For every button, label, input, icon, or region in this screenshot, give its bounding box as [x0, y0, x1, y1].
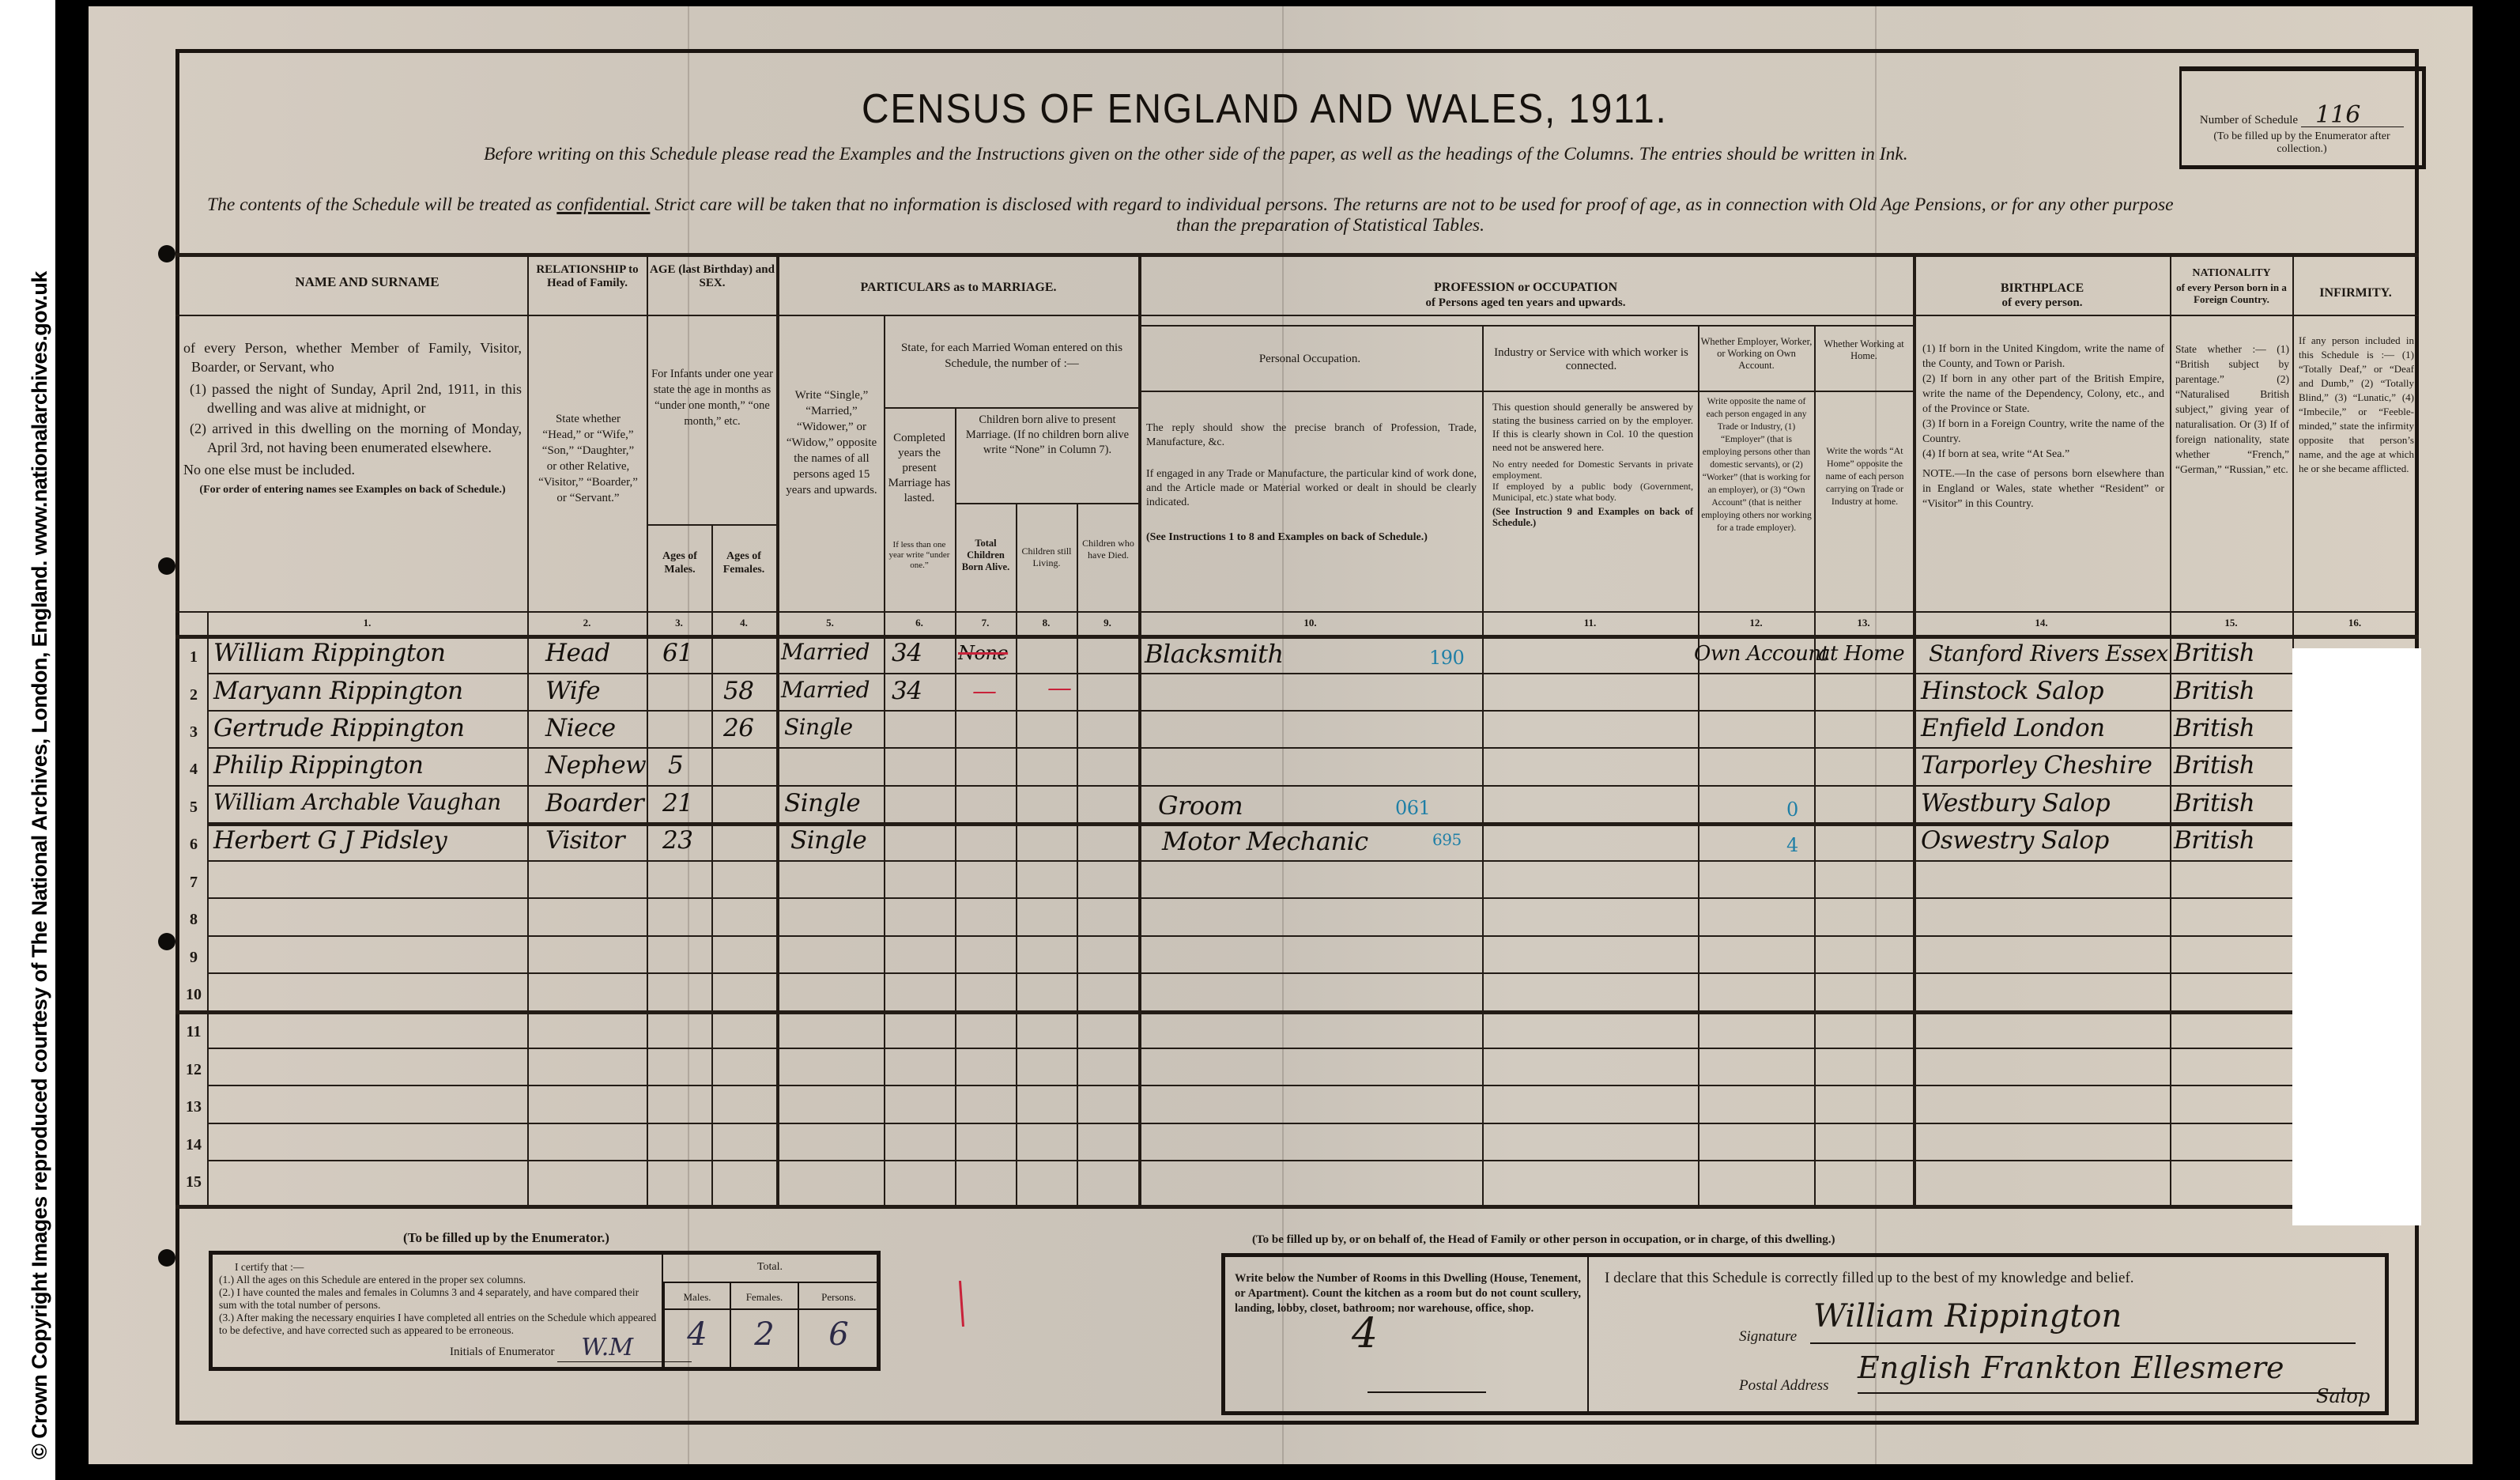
col-at-home-desc: Write the words “At Home” opposite the n… — [1818, 444, 1911, 508]
children-desc: Children born alive to present Marriage.… — [958, 413, 1137, 458]
cell-employer[interactable]: Own Account — [1694, 642, 1829, 666]
cell-employer[interactable]: 0 — [1786, 799, 1798, 821]
row-number: 3 — [182, 723, 206, 742]
married-woman-desc: State, for each Married Woman entered on… — [887, 340, 1137, 372]
signature-label: Signature — [1739, 1328, 1797, 1346]
cell-children-living[interactable]: — — [1047, 674, 1072, 702]
cell-occupation[interactable]: Groom — [1158, 791, 1243, 821]
col-occupation-subtitle: of Persons aged ten years and upwards. — [1138, 296, 1913, 310]
col-nationality-title: NATIONALITY — [2172, 267, 2291, 280]
col-children-living: Children still Living. — [1018, 546, 1075, 569]
col-birthplace-subtitle: of every person. — [1915, 296, 2170, 310]
col-personal-occupation-desc: The reply should show the precise branch… — [1146, 421, 1477, 545]
cell-birthplace[interactable]: Enfield London — [1921, 714, 2105, 742]
cell-birthplace[interactable]: Oswestry Salop — [1921, 826, 2109, 855]
cell-relationship[interactable]: Wife — [545, 677, 600, 705]
cell-age-male[interactable]: 23 — [662, 826, 692, 855]
schedule-number-note: (To be filled up by the Enumerator after… — [2182, 130, 2422, 156]
totals-males-value[interactable]: 4 — [665, 1310, 730, 1353]
col-birthplace-desc: (1) If born in the United Kingdom, write… — [1922, 342, 2164, 512]
totals-males: Males. 4 — [663, 1283, 730, 1367]
col-number: 14. — [1913, 617, 2170, 629]
col-number: 8. — [1016, 617, 1077, 629]
page-title: CENSUS OF ENGLAND AND WALES, 1911. — [862, 85, 1668, 133]
enumerator-box: I certify that :— (1.) All the ages on t… — [209, 1251, 881, 1371]
row-number: 5 — [182, 799, 206, 817]
cell-name[interactable]: William Archable Vaughan — [213, 789, 501, 815]
cell-nationality[interactable]: British — [2174, 677, 2254, 705]
cell-years-married[interactable]: 34 — [892, 677, 922, 705]
cell-name[interactable]: Philip Rippington — [213, 751, 424, 780]
col-nationality-subtitle: of every Person born in a Foreign Countr… — [2172, 281, 2291, 305]
col-occupation-title: PROFESSION or OCCUPATION — [1138, 281, 1913, 294]
cell-occupation-code: 061 — [1395, 797, 1430, 819]
col-number: 13. — [1814, 617, 1913, 629]
schedule-number-label: Number of Schedule — [2200, 114, 2298, 127]
cell-nationality[interactable]: British — [2174, 751, 2254, 780]
cell-name[interactable]: Gertrude Rippington — [213, 714, 464, 742]
cell-occupation[interactable]: Blacksmith — [1145, 639, 1284, 669]
schedule-number-value[interactable]: 116 — [2301, 104, 2404, 127]
enumerator-heading: (To be filled up by the Enumerator.) — [403, 1230, 609, 1246]
col-at-home-title: Whether Working at Home. — [1816, 338, 1911, 362]
col-number: 15. — [2170, 617, 2292, 629]
col-age-females: Ages of Females. — [713, 549, 775, 576]
cell-marital[interactable]: Married — [781, 639, 870, 665]
col-name-title: NAME AND SURNAME — [207, 275, 527, 289]
totals-persons-value[interactable]: 6 — [799, 1310, 878, 1353]
cell-relationship[interactable]: Boarder — [545, 789, 643, 817]
totals-table: Total. Males. 4 Females. 2 Persons. 6 — [662, 1255, 877, 1367]
row-number: 10 — [182, 986, 206, 1004]
copyright-strip: © Crown Copyright Images reproduced cour… — [0, 0, 55, 1480]
cell-age-male[interactable]: 5 — [668, 751, 683, 780]
col-age-males: Ages of Males. — [648, 549, 711, 576]
col-relationship-title: RELATIONSHIP to Head of Family. — [530, 263, 645, 290]
col-years-married-desc: Completed years the present Marriage has… — [885, 431, 953, 506]
cell-relationship[interactable]: Niece — [545, 714, 616, 742]
col-industry-title: Industry or Service with which worker is… — [1486, 346, 1696, 373]
cell-age-female[interactable]: 26 — [723, 714, 753, 742]
col-employer-title: Whether Employer, Worker, or Working on … — [1699, 336, 1813, 372]
head-section-heading: (To be filled up by, or on behalf of, th… — [1252, 1233, 1835, 1247]
totals-persons: Persons. 6 — [798, 1283, 878, 1367]
col-marriage-title: PARTICULARS as to MARRIAGE. — [779, 281, 1138, 294]
enumerator-certification: I certify that :— (1.) All the ages on t… — [219, 1261, 658, 1337]
punch-hole — [158, 557, 175, 575]
row-number: 1 — [182, 648, 206, 666]
cell-marital[interactable]: Married — [781, 677, 870, 703]
cell-name[interactable]: William Rippington — [213, 639, 445, 667]
col-children-died: Children who have Died. — [1079, 538, 1137, 561]
cell-years-married[interactable]: 34 — [892, 639, 922, 667]
col-infirmity-desc: If any person included in this Schedule … — [2299, 334, 2414, 476]
postal-address-line2[interactable]: Salop — [2316, 1385, 2370, 1407]
cell-children-total[interactable]: None — [958, 642, 1008, 664]
row-number: 11 — [182, 1023, 206, 1041]
enumerator-initials: Initials of Enumerator W.M — [450, 1334, 692, 1362]
cell-occupation[interactable]: Motor Mechanic — [1162, 826, 1368, 856]
row-number: 7 — [182, 874, 206, 892]
col-personal-occupation-title: Personal Occupation. — [1140, 353, 1480, 366]
cell-marital[interactable]: Single — [784, 714, 853, 740]
row-number: 15 — [182, 1173, 206, 1191]
schedule-number-box: Number of Schedule 116 (To be filled up … — [2179, 66, 2426, 169]
cell-occupation-code: 695 — [1432, 830, 1462, 849]
cell-name[interactable]: Maryann Rippington — [213, 677, 463, 705]
row-number: 8 — [182, 911, 206, 929]
redacted-patch — [2292, 648, 2421, 1225]
col-number: 11. — [1482, 617, 1698, 629]
col-industry-desc: This question should generally be answer… — [1492, 400, 1693, 528]
totals-heading: Total. — [663, 1255, 877, 1283]
row-number: 4 — [182, 761, 206, 779]
col-number: 16. — [2292, 617, 2417, 629]
confidential-line: The contents of the Schedule will be tre… — [207, 194, 2174, 216]
punch-hole — [158, 933, 175, 950]
copyright-text: © Crown Copyright Images reproduced cour… — [28, 271, 52, 1459]
col-age-title: AGE (last Birthday) and SEX. — [650, 263, 775, 290]
rooms-instruction: Write below the Number of Rooms in this … — [1235, 1271, 1581, 1316]
col-number: 2. — [527, 617, 647, 629]
col-number: 7. — [955, 617, 1016, 629]
col-number: 5. — [776, 617, 884, 629]
instruction-line: Before writing on this Schedule please r… — [484, 144, 1908, 165]
postal-address-field[interactable]: English Frankton Ellesmere — [1858, 1350, 2363, 1394]
row-number: 14 — [182, 1136, 206, 1154]
col-relationship-desc: State whether “Head,” or “Wife,” “Son,” … — [536, 411, 640, 506]
col-number: 4. — [711, 617, 776, 629]
col-children-total: Total Children Born Alive. — [956, 538, 1015, 573]
cell-birthplace[interactable]: Hinstock Salop — [1921, 677, 2103, 705]
rooms-underline — [1368, 1391, 1486, 1393]
rooms-value[interactable]: 4 — [1352, 1327, 1378, 1342]
cell-relationship[interactable]: Visitor — [545, 826, 624, 855]
col-number: 12. — [1698, 617, 1814, 629]
cell-nationality[interactable]: British — [2174, 789, 2254, 817]
col-age-desc: For Infants under one year state the age… — [650, 366, 775, 429]
row-number: 2 — [182, 686, 206, 704]
cell-at-home[interactable]: at Home — [1818, 642, 1904, 666]
row-number: 13 — [182, 1098, 206, 1116]
col-nationality-desc: State whether :— (1) “British subject by… — [2175, 342, 2289, 477]
cell-birthplace[interactable]: Tarporley Cheshire — [1921, 751, 2152, 780]
row-number: 12 — [182, 1061, 206, 1079]
col-name-desc: of every Person, whether Member of Famil… — [183, 338, 522, 496]
declaration-text: I declare that this Schedule is correctl… — [1605, 1270, 2134, 1287]
cell-marital[interactable]: Single — [790, 826, 866, 855]
cell-nationality[interactable]: British — [2174, 714, 2254, 742]
totals-females-value[interactable]: 2 — [731, 1310, 798, 1353]
col-number: 9. — [1077, 617, 1138, 629]
cell-name[interactable]: Herbert G J Pidsley — [213, 826, 447, 855]
row-number: 6 — [182, 836, 206, 854]
cell-age-male[interactable]: 61 — [662, 639, 692, 667]
col-number: 10. — [1138, 617, 1482, 629]
col-birthplace-title: BIRTHPLACE — [1915, 281, 2170, 295]
cell-children-total[interactable]: — — [972, 677, 997, 705]
postal-address-label: Postal Address — [1739, 1377, 1828, 1395]
cell-relationship[interactable]: Head — [545, 639, 610, 667]
cell-occupation-code: 190 — [1429, 647, 1464, 669]
cell-marital[interactable]: Single — [784, 789, 860, 817]
confidential-tail: than the preparation of Statistical Tabl… — [1176, 215, 1484, 236]
cell-employer[interactable]: 4 — [1786, 834, 1798, 856]
totals-females: Females. 2 — [730, 1283, 798, 1367]
cell-nationality[interactable]: British — [2174, 639, 2254, 667]
cell-birthplace[interactable]: Stanford Rivers Essex — [1929, 640, 2168, 666]
col-employer-desc: Write opposite the name of each person e… — [1701, 395, 1812, 534]
rooms-section: Write below the Number of Rooms in this … — [1225, 1257, 1589, 1411]
col-number: 6. — [884, 617, 955, 629]
punch-hole — [158, 1249, 175, 1267]
col-infirmity-title: INFIRMITY. — [2294, 286, 2417, 300]
cell-age-male[interactable]: 21 — [662, 789, 692, 817]
col-marital-desc: Write “Single,” “Married,” “Widower,” or… — [781, 387, 882, 498]
punch-hole — [158, 245, 175, 262]
col-number: 1. — [207, 617, 527, 629]
cell-age-female[interactable]: 58 — [723, 677, 753, 705]
cell-nationality[interactable]: British — [2174, 826, 2254, 855]
col-number: 3. — [647, 617, 711, 629]
signature-field[interactable]: William Rippington — [1810, 1298, 2356, 1344]
col-years-married-small: If less than one year write “under one.” — [885, 540, 953, 571]
cell-relationship[interactable]: Nephew — [545, 751, 646, 780]
cell-birthplace[interactable]: Westbury Salop — [1921, 789, 2110, 817]
head-declaration-box: Write below the Number of Rooms in this … — [1221, 1253, 2389, 1415]
row-number: 9 — [182, 949, 206, 967]
